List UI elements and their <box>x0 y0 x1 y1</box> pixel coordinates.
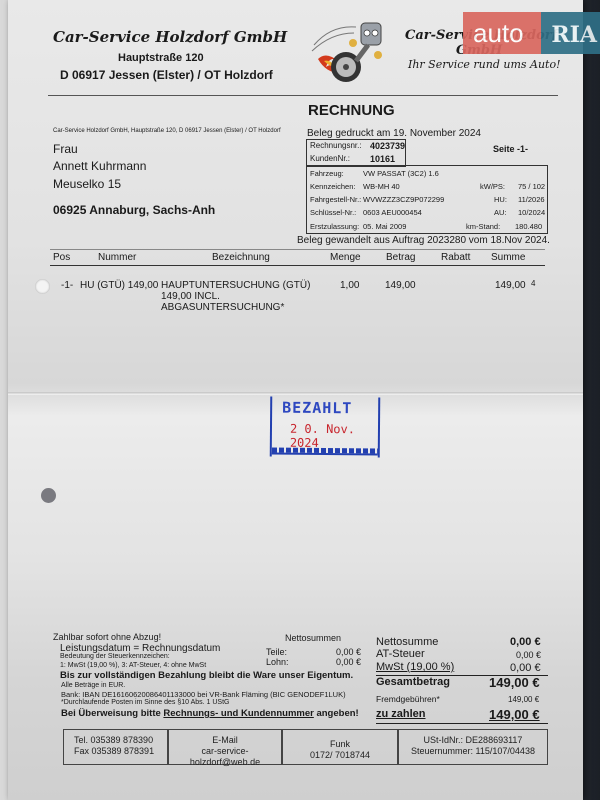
key-number-label: Schlüssel-Nr.: <box>310 208 356 217</box>
tax-codes: 1: MwSt (19,00 %), 3: AT-Steuer, 4: ohne… <box>60 662 206 669</box>
parts-value: 0,00 € <box>336 647 361 657</box>
vat-label: MwSt (19,00 %) <box>376 661 454 673</box>
third-party-fees-label: Fremdgebühren* <box>376 694 440 704</box>
footer-tax-cell: USt-IdNr.: DE288693117 Steuernummer: 115… <box>398 729 548 765</box>
table-header-line <box>50 265 545 266</box>
at-tax-value: 0,00 € <box>516 650 541 660</box>
punch-hole-bottom <box>41 488 56 503</box>
customer-number-label: KundenNr.: <box>310 154 350 163</box>
row-nummer: HU (GTÜ) 149,00 <box>80 280 158 291</box>
page-number: Seite -1- <box>493 144 528 154</box>
vin-label: Fahrgestell-Nr.: <box>310 195 361 204</box>
vehicle-model: VW PASSAT (3C2) 1.6 <box>363 169 439 178</box>
paid-stamp-date: 2 0. Nov. 2024 <box>290 422 378 451</box>
transfer-note-underlined: Rechnungs- und Kundennummer <box>163 708 313 719</box>
third-party-fees-value: 149,00 € <box>508 695 539 704</box>
amount-due-label: zu zahlen <box>376 708 426 720</box>
paid-stamp: BEZAHLT 2 0. Nov. 2024 <box>270 397 381 458</box>
col-pos: Pos <box>53 252 70 263</box>
row-pos: -1- <box>61 280 73 291</box>
plate-label: Kennzeichen: <box>310 182 355 191</box>
footer-email-cell: E-Mail car-service-holzdorf@web.de <box>168 729 282 765</box>
autoria-auto-label: auto <box>463 12 541 54</box>
mileage-label: km-Stand: <box>466 222 500 231</box>
row-summe: 149,00 <box>495 280 526 291</box>
currency-note: Alle Beträge in EUR. <box>61 682 125 689</box>
plate-value: WB-MH 40 <box>363 182 400 191</box>
footer-mobile: 0172/ 7018744 <box>283 750 397 761</box>
footer-vat-id: USt-IdNr.: DE288693117 <box>399 735 547 746</box>
amount-due-value: 149,00 € <box>489 707 540 722</box>
row-description-line3: ABGASUNTERSUCHUNG* <box>161 302 284 313</box>
row-tax-code: 4 <box>531 279 535 288</box>
ownership-note: Bis zur vollständigen Bezahlung bleibt d… <box>60 670 353 681</box>
col-menge: Menge <box>330 252 361 263</box>
customer-number: 10161 <box>370 154 395 164</box>
company-slogan: Ihr Service rund ums Auto! <box>408 58 561 71</box>
first-registration-label: Erstzulassung: <box>310 222 359 231</box>
autoria-ria-label: RIA <box>541 12 600 54</box>
col-betrag: Betrag <box>386 252 415 263</box>
vat-value: 0,00 € <box>510 662 541 674</box>
pass-through-note: *Durchlaufende Posten im Sinne des §10 A… <box>61 699 230 706</box>
transfer-note-suffix: angeben! <box>314 708 359 719</box>
invoice-number: 4023739 <box>370 141 405 151</box>
power-label: kW/PS: <box>480 182 505 191</box>
row-description-line1: HAUPTUNTERSUCHUNG (GTÜ) <box>161 280 310 291</box>
payment-terms: Zahlbar sofort ohne Abzug! <box>53 632 161 642</box>
mileage-value: 180.480 <box>515 222 542 231</box>
row-description-line2: 149,00 INCL. <box>161 291 220 302</box>
au-label: AU: <box>494 208 507 217</box>
transfer-note: Bei Überweisung bitte Rechnungs- und Kun… <box>61 708 359 719</box>
row-menge: 1,00 <box>340 280 359 291</box>
hu-label: HU: <box>494 195 507 204</box>
footer-mobile-label: Funk <box>283 739 397 750</box>
au-value: 10/2024 <box>518 208 545 217</box>
col-summe: Summe <box>491 252 525 263</box>
net-total-label: Nettosumme <box>376 636 438 648</box>
footer-phone-cell: Tel. 035389 878390 Fax 035389 878391 <box>63 729 168 765</box>
labor-label: Lohn: <box>266 657 289 667</box>
net-total-value: 0,00 € <box>510 636 541 648</box>
vehicle-label: Fahrzeug: <box>310 169 344 178</box>
footer-phone: Tel. 035389 878390 <box>74 735 167 746</box>
bank-details: Bank: IBAN DE16160620086401133000 bei VR… <box>61 690 346 699</box>
footer-mobile-cell: Funk 0172/ 7018744 <box>282 729 398 765</box>
paid-stamp-text: BEZAHLT <box>282 399 352 418</box>
hu-value: 11/2026 <box>518 195 545 204</box>
company-city: D 06917 Jessen (Elster) / OT Holzdorf <box>60 68 273 82</box>
amount-due-underline <box>376 723 548 724</box>
first-registration-value: 05. Mai 2009 <box>363 222 406 231</box>
recipient-salutation: Frau <box>53 142 78 156</box>
col-rabatt: Rabatt <box>441 252 470 263</box>
footer-email[interactable]: car-service-holzdorf@web.de <box>169 746 281 768</box>
vin-value: WVWZZZ3CZ9P072299 <box>363 195 444 204</box>
company-name: Car-Service Holzdorf GmbH <box>53 28 287 46</box>
recipient-street: Meuselko 15 <box>53 177 121 191</box>
footer-tax-number: Steuernummer: 115/107/04438 <box>399 746 547 757</box>
autoria-watermark: auto RIA <box>463 12 600 54</box>
key-number-value: 0603 AEU000454 <box>363 208 422 217</box>
table-top-line <box>50 249 545 250</box>
recipient-city: 06925 Annaburg, Sachs-Anh <box>53 203 215 217</box>
order-conversion-note: Beleg gewandelt aus Auftrag 2023280 vom … <box>297 235 550 246</box>
invoice-printed-date: Beleg gedruckt am 19. November 2024 <box>307 128 481 139</box>
power-value: 75 / 102 <box>518 182 545 191</box>
grand-total-value: 149,00 € <box>489 675 540 690</box>
nettosummen-title: Nettosummen <box>285 633 341 643</box>
invoice-number-label: Rechnungsnr.: <box>310 141 362 150</box>
row-betrag: 149,00 <box>385 280 416 291</box>
parts-label: Teile: <box>266 647 287 657</box>
car-service-logo-icon <box>306 15 396 90</box>
invoice-title: RECHNUNG <box>308 102 395 119</box>
at-tax-label: AT-Steuer <box>376 648 425 660</box>
tax-codes-title: Bedeutung der Steuerkennzeichen: <box>60 653 170 660</box>
punch-hole-top <box>35 279 50 294</box>
invoice-paper: Car-Service Holzdorf GmbH Hauptstraße 12… <box>8 0 583 800</box>
sender-line: Car-Service Holzdorf GmbH, Hauptstraße 1… <box>53 128 281 134</box>
recipient-name: Annett Kuhrmann <box>53 159 146 173</box>
col-nummer: Nummer <box>98 252 136 263</box>
footer-email-label: E-Mail <box>169 735 281 746</box>
grand-total-label: Gesamtbetrag <box>376 676 450 688</box>
transfer-note-prefix: Bei Überweisung bitte <box>61 708 163 719</box>
paid-stamp-border <box>272 448 378 456</box>
footer-fax: Fax 035389 878391 <box>74 746 167 757</box>
labor-value: 0,00 € <box>336 657 361 667</box>
company-street: Hauptstraße 120 <box>118 52 204 64</box>
header-divider <box>48 95 558 96</box>
col-bezeichnung: Bezeichnung <box>212 252 270 263</box>
